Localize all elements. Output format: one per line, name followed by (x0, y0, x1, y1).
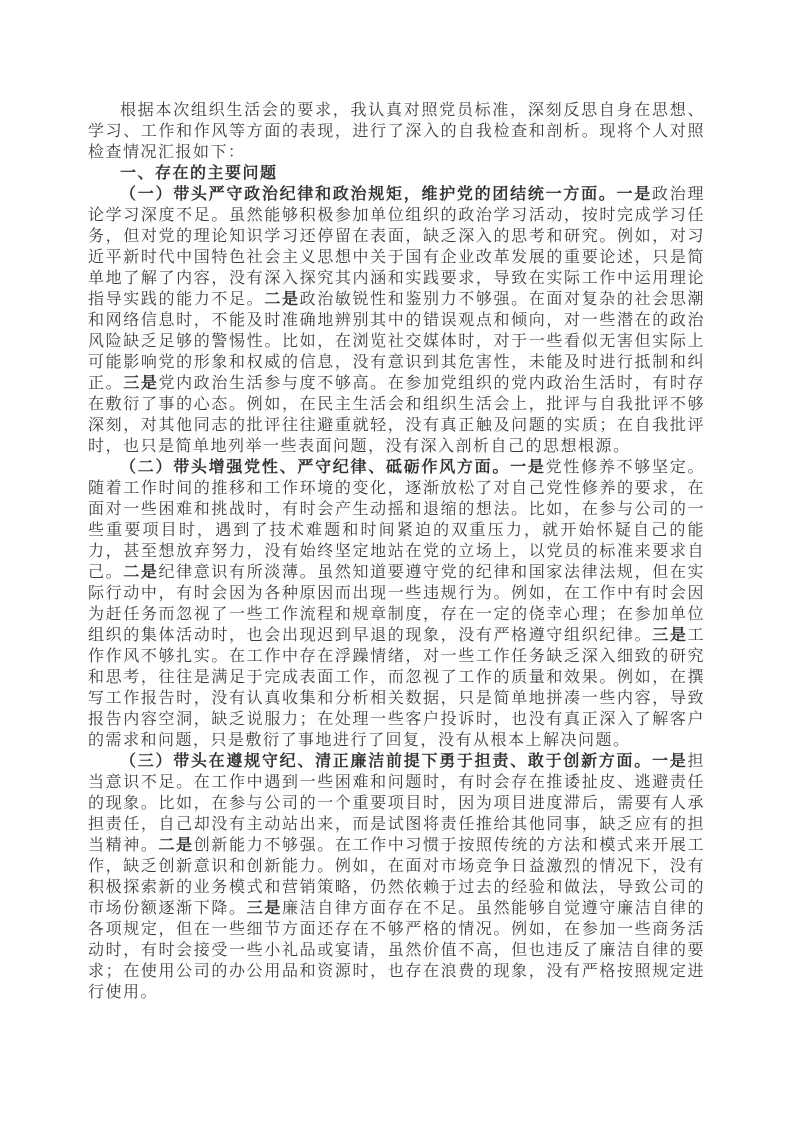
bold-text-run: 三是 (247, 900, 282, 917)
document-body: 根据本次组织生活会的要求，我认真对照党员标准，深刻反思自身在思想、学习、工作和作… (88, 100, 705, 1003)
bold-text-run: 一、存在的主要问题 (120, 165, 278, 182)
bold-text-run: 二是 (123, 564, 158, 581)
bold-text-run: 二是 (264, 291, 299, 308)
paragraph-responsibility-innovation: （三）带头在遵规守纪、清正廉洁前提下勇于担责、敢于创新方面。一是担当意识不足。在… (88, 751, 705, 1003)
bold-text-run: 三是 (123, 375, 158, 392)
bold-text-run: 三是 (652, 627, 687, 644)
text-run: 工作作风不够扎实。在工作中存在浮躁情绪，对一些工作任务缺乏深入细致的研究和思考，… (88, 627, 705, 749)
text-run: 根据本次组织生活会的要求，我认真对照党员标准，深刻反思自身在思想、学习、工作和作… (88, 102, 705, 161)
text-run: 党内政治生活参与度不够高。在参加党组织的党内政治生活时，有时存在敷衍了事的心态。… (88, 375, 705, 455)
text-run: 政治理论学习深度不足。虽然能够积极参加单位组织的政治学习活动，按时完成学习任务，… (88, 186, 705, 308)
section-heading-main-problems: 一、存在的主要问题 (88, 163, 705, 184)
bold-text-run: （二）带头增强党性、严守纪律、砥砺作风方面。一是 (120, 459, 546, 476)
text-run: 党性修养不够坚定。随着工作时间的推移和工作环境的变化，逐渐放松了对自己党性修养的… (88, 459, 705, 581)
document-page: 根据本次组织生活会的要求，我认真对照党员标准，深刻反思自身在思想、学习、工作和作… (0, 0, 793, 1122)
text-run: 纪律意识有所淡薄。虽然知道要遵守党的纪律和国家法律法规，但在实际行动中，有时会因… (88, 564, 705, 644)
bold-text-run: （三）带头在遵规守纪、清正廉洁前提下勇于担责、敢于创新方面。一是 (120, 753, 687, 770)
intro-paragraph: 根据本次组织生活会的要求，我认真对照党员标准，深刻反思自身在思想、学习、工作和作… (88, 100, 705, 163)
paragraph-political-discipline: （一）带头严守政治纪律和政治规矩，维护党的团结统一方面。一是政治理论学习深度不足… (88, 184, 705, 457)
bold-text-run: 二是 (159, 837, 194, 854)
paragraph-party-spirit-discipline: （二）带头增强党性、严守纪律、砥砺作风方面。一是党性修养不够坚定。随着工作时间的… (88, 457, 705, 751)
bold-text-run: （一）带头严守政治纪律和政治规矩，维护党的团结统一方面。一是 (120, 186, 652, 203)
